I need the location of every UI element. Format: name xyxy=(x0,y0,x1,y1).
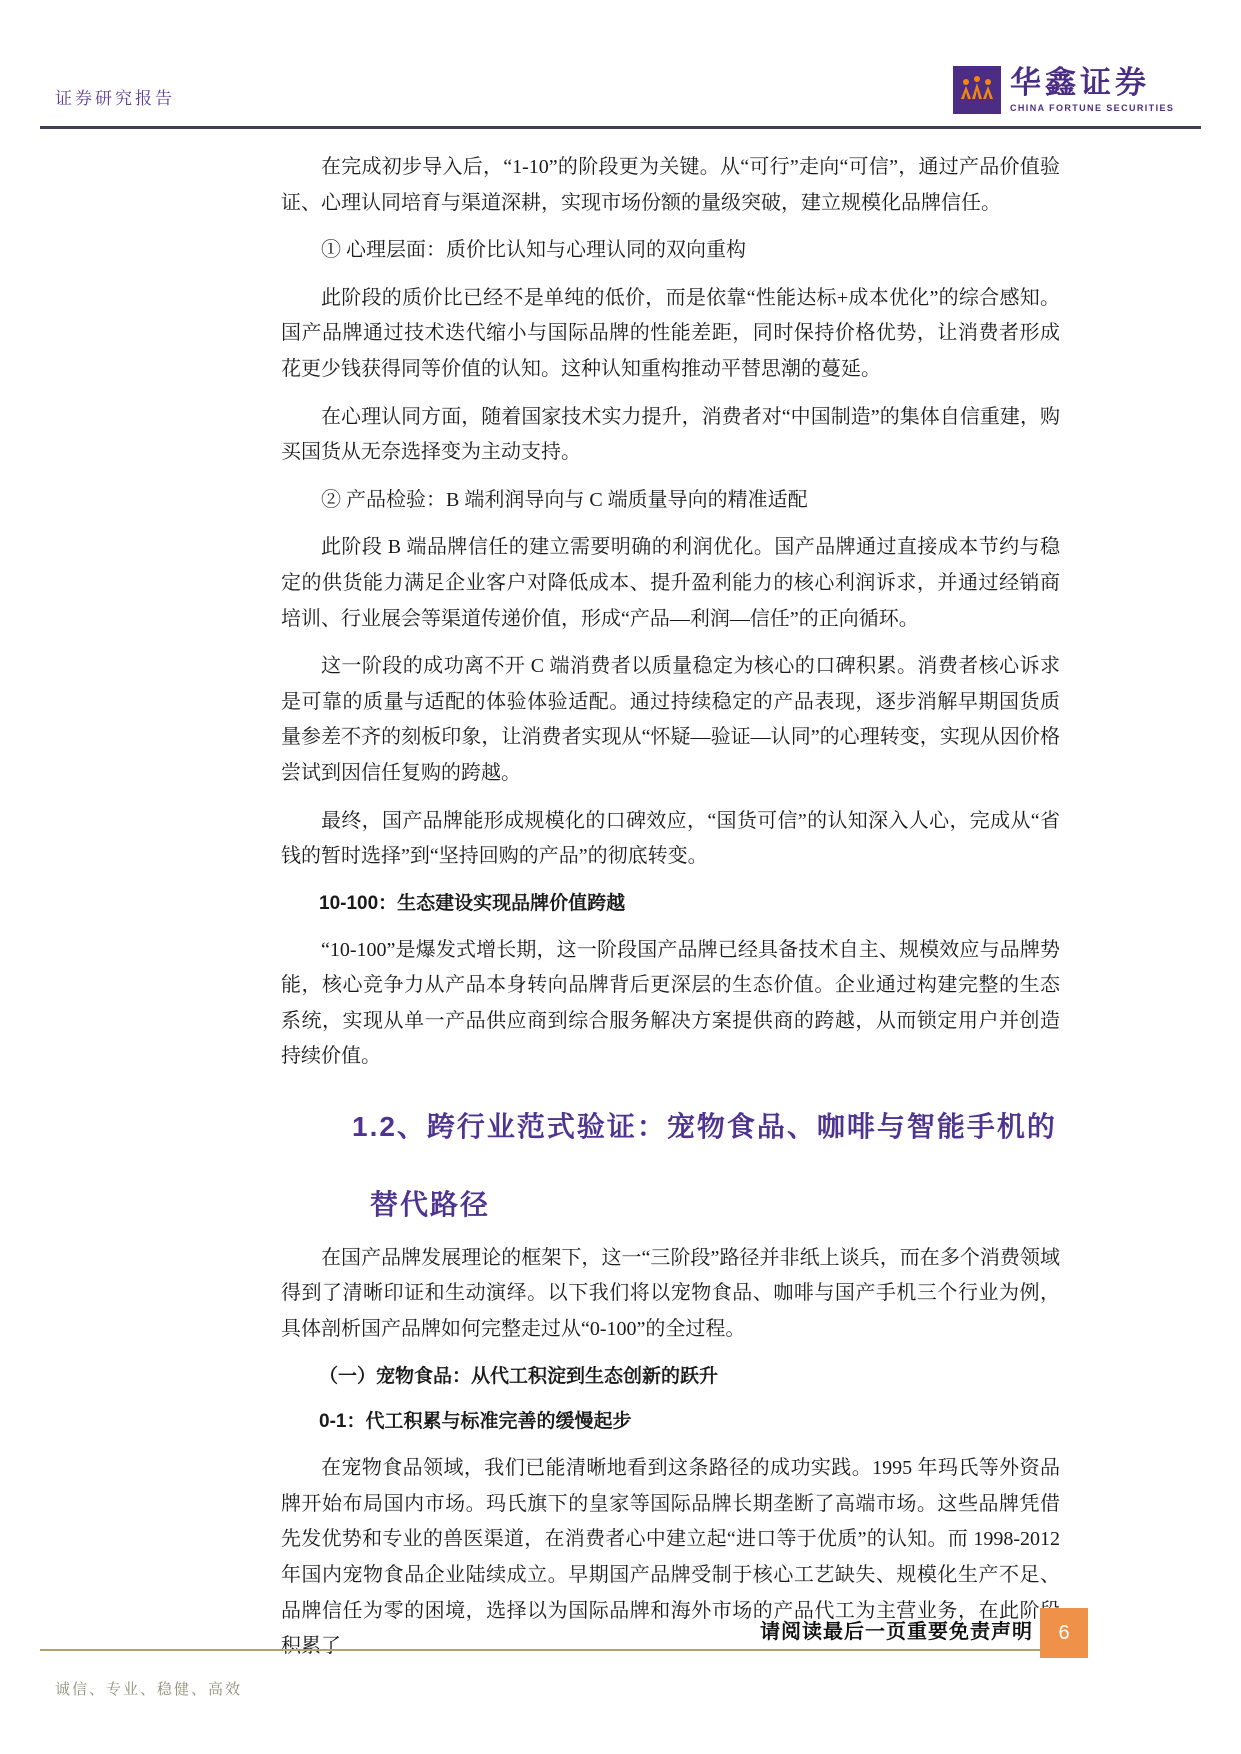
page-number-badge: 6 xyxy=(1040,1608,1088,1658)
paragraph: 这一阶段的成功离不开 C 端消费者以质量稳定为核心的口碑积累。消费者核心诉求是可… xyxy=(281,649,1060,791)
paragraph: 在国产品牌发展理论的框架下，这一“三阶段”路径并非纸上谈兵，而在多个消费领域得到… xyxy=(281,1241,1060,1348)
logo-text: 华鑫证券 CHINA FORTUNE SECURITIES xyxy=(1010,66,1174,113)
header-divider xyxy=(40,126,1201,129)
company-motto: 诚信、专业、稳健、高效 xyxy=(55,1678,242,1699)
numbered-item: ① 心理层面：质价比认知与心理认同的双向重构 xyxy=(281,233,1060,269)
paragraph: 此阶段 B 端品牌信任的建立需要明确的利润优化。国产品牌通过直接成本节约与稳定的… xyxy=(281,530,1060,637)
section-heading-line: 替代路径 xyxy=(352,1183,1060,1223)
logo-people-icon xyxy=(953,66,1001,114)
report-type-label: 证券研究报告 xyxy=(55,84,175,109)
footer-divider xyxy=(40,1649,1041,1651)
paragraph: 在心理认同方面，随着国家技术实力提升，消费者对“中国制造”的集体自信重建，购买国… xyxy=(281,400,1060,471)
logo-en-name: CHINA FORTUNE SECURITIES xyxy=(1010,103,1174,113)
section-heading: 1.2、跨行业范式验证：宠物食品、咖啡与智能手机的替代路径 xyxy=(281,1105,1060,1223)
company-logo: 华鑫证券 CHINA FORTUNE SECURITIES xyxy=(953,66,1174,114)
paragraph: 最终，国产品牌能形成规模化的口碑效应，“国货可信”的认知深入人心，完成从“省钱的… xyxy=(281,804,1060,875)
sub-heading: 0-1：代工积累与标准完善的缓慢起步 xyxy=(281,1405,1060,1439)
sub-heading: 10-100：生态建设实现品牌价值跨越 xyxy=(281,887,1060,921)
document-body: 在完成初步导入后，“1-10”的阶段更为关键。从“可行”走向“可信”，通过产品价… xyxy=(281,138,1060,1677)
numbered-item: ② 产品检验：B 端利润导向与 C 端质量导向的精准适配 xyxy=(281,483,1060,519)
disclaimer-note: 请阅读最后一页重要免责声明 xyxy=(760,1615,1033,1644)
paragraph: 此阶段的质价比已经不是单纯的低价，而是依靠“性能达标+成本优化”的综合感知。国产… xyxy=(281,281,1060,388)
sub-heading: （一）宠物食品：从代工积淀到生态创新的跃升 xyxy=(281,1360,1060,1394)
paragraph: “10-100”是爆发式增长期，这一阶段国产品牌已经具备技术自主、规模效应与品牌… xyxy=(281,933,1060,1075)
paragraph: 在完成初步导入后，“1-10”的阶段更为关键。从“可行”走向“可信”，通过产品价… xyxy=(281,150,1060,221)
logo-cn-name: 华鑫证券 xyxy=(1010,66,1174,100)
section-heading-line: 1.2、跨行业范式验证：宠物食品、咖啡与智能手机的 xyxy=(352,1105,1060,1145)
